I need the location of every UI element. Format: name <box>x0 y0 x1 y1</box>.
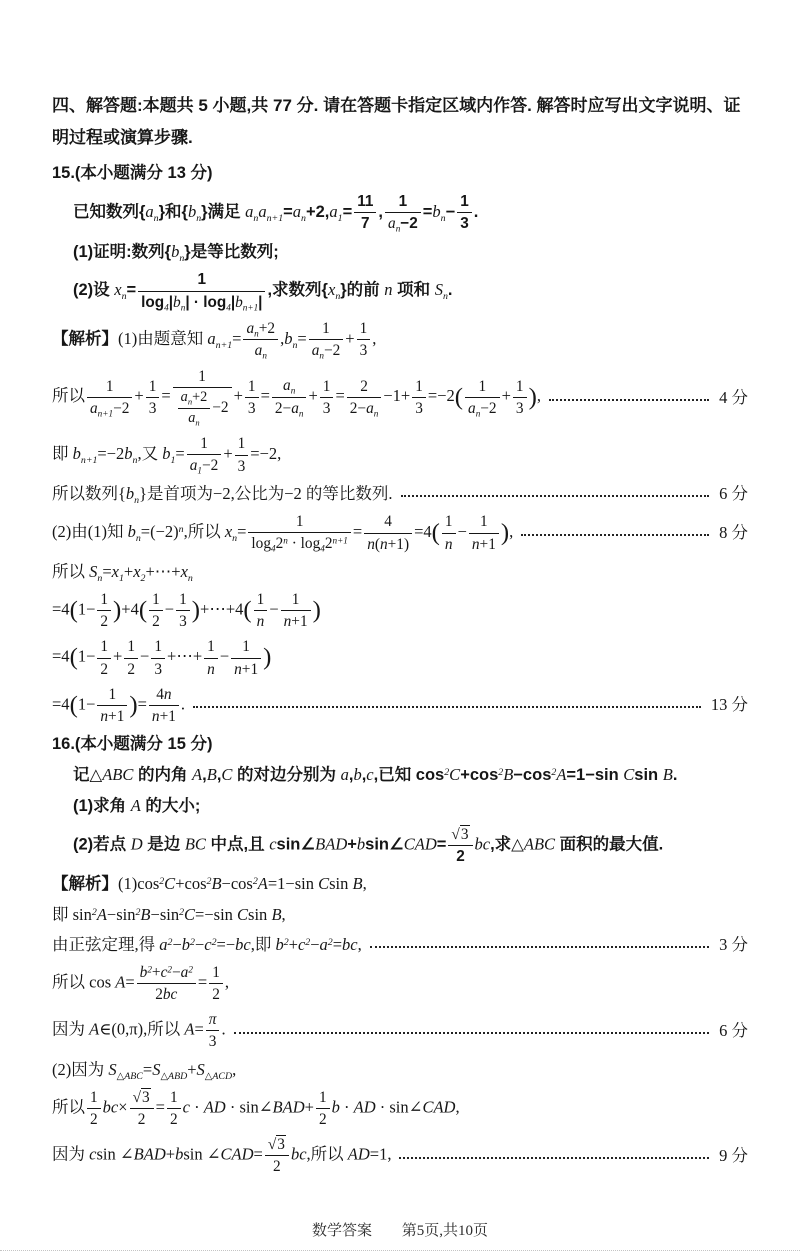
math-variable: b <box>353 765 361 784</box>
text-run: sin <box>634 766 662 784</box>
math-variable: a <box>207 329 215 348</box>
text-run: = <box>333 935 342 954</box>
text-run: 2− <box>350 400 366 417</box>
fraction-denominator: 2 <box>130 1109 154 1129</box>
text-run: log <box>141 294 164 311</box>
math-variable: n <box>234 661 242 678</box>
text-run: 3 <box>179 613 187 630</box>
text-run: ∈(0,π),所以 <box>99 1020 184 1039</box>
text-run: = <box>102 562 111 581</box>
text-run: = <box>297 329 306 348</box>
fraction-numerator: 1 <box>87 1088 101 1109</box>
math-variable: c <box>183 1097 190 1116</box>
math-variable: a <box>90 400 98 417</box>
fraction: 1a1−2 <box>187 434 222 476</box>
fraction-denominator: 3 <box>235 456 249 476</box>
text-run: 记△ <box>73 766 102 784</box>
subscript: n+1 <box>98 409 113 419</box>
math-variable: n <box>384 280 392 299</box>
fraction: 13 <box>412 377 426 418</box>
text-run: . <box>448 281 453 299</box>
math-variable: a <box>341 765 349 784</box>
math-expression: 即 sin2A−sin2B−sin2C=−sin Csin B, <box>52 903 286 927</box>
big-paren: ( <box>455 384 463 411</box>
text-run: = <box>125 972 134 991</box>
math-variable: π <box>209 1011 217 1028</box>
text-run: 是边 <box>143 835 185 853</box>
math-variable: b <box>432 201 440 220</box>
dotted-leader <box>401 495 710 497</box>
text-run: = <box>353 522 362 541</box>
text-run: 1 <box>296 513 304 530</box>
text-run: 1 <box>360 320 368 337</box>
text-run: (2)因为 <box>52 1060 108 1079</box>
page-content: 四、解答题:本题共 5 小题,共 77 分. 请在答题卡指定区域内作答. 解答时… <box>52 90 748 1193</box>
section-heading: 四、解答题:本题共 5 小题,共 77 分. 请在答题卡指定区域内作答. 解答时… <box>52 90 748 155</box>
text-run: 2 <box>100 661 108 678</box>
q16-part1: (1)求角 A 的大小; <box>73 794 748 819</box>
text-run: 1 <box>198 271 207 288</box>
math-variable: A <box>192 765 202 784</box>
text-run: 的大小; <box>141 797 201 815</box>
big-paren: ) <box>529 384 537 411</box>
text-run: 2 <box>273 1158 281 1175</box>
fraction-denominator: n+1 <box>149 706 179 726</box>
score-label: 6 分 <box>719 482 748 506</box>
text-run: ,所以 <box>307 1144 348 1163</box>
bold-text-run: 【解析】 <box>52 330 118 348</box>
sol15-line2: 所以1an+1−2+13=1an+2an−2+13=an2−an+13=22−a… <box>52 367 748 428</box>
fraction: 13 <box>146 377 160 418</box>
text-run: 1 <box>198 368 206 385</box>
fraction-denominator: 3 <box>457 213 472 233</box>
dotted-leader <box>193 706 701 708</box>
text-run: =4 <box>52 694 70 713</box>
text-run: −2 <box>400 215 417 232</box>
fraction-numerator: √3 <box>448 825 472 846</box>
math-variable: b <box>332 1097 340 1116</box>
text-run: 1 <box>170 1089 178 1106</box>
math-variable: a <box>366 400 374 417</box>
text-run: 1 <box>480 513 488 530</box>
fraction-numerator: 1 <box>138 270 265 291</box>
sol15-line7: =4(1−12)+4(12−13)+⋯+4(1n−1n+1) <box>52 590 748 631</box>
fraction-numerator: 1 <box>412 377 426 398</box>
fraction-numerator: 1 <box>146 377 160 398</box>
math-variable: b <box>182 935 190 954</box>
fraction-numerator: 1 <box>357 319 371 340</box>
fraction: 4nn+1 <box>149 685 179 726</box>
math-variable: b <box>275 935 283 954</box>
math-variable: D <box>131 834 143 853</box>
fraction-denominator: 2 <box>97 659 111 679</box>
text-run: 1 <box>207 638 215 655</box>
fraction-denominator: 2 <box>97 611 111 631</box>
math-variable: n <box>207 661 215 678</box>
math-variable: AD <box>348 1144 370 1163</box>
math-expression: =4(1−1n+1)=4nn+1. <box>52 685 185 726</box>
math-variable: n <box>100 708 108 725</box>
text-run: + <box>234 386 243 405</box>
math-variable: BAD <box>315 834 347 853</box>
fraction-numerator: 1 <box>465 377 500 398</box>
text-run: 1 <box>100 638 108 655</box>
fraction-denominator: 2 <box>448 846 472 866</box>
fraction: 12 <box>97 590 111 631</box>
text-run: 2− <box>275 400 291 417</box>
text-run: , <box>378 202 383 220</box>
math-expression: 已知数列{an}和{bn}满足 anan+1=an+2,a1=117,1an−2… <box>73 192 478 234</box>
text-run: +2 <box>259 320 275 337</box>
math-variable: b <box>73 444 81 463</box>
math-variable: A <box>131 796 141 815</box>
text-run: ,求数列{ <box>267 281 328 299</box>
text-run: , <box>363 874 367 893</box>
fraction: √32 <box>448 825 472 866</box>
sol15-line8: =4(1−12+12−13+⋯+1n−1n+1) <box>52 637 748 678</box>
sol16-line2: 即 sin2A−sin2B−sin2C=−sin Csin B, <box>52 903 748 927</box>
subscript: n <box>291 386 296 396</box>
fraction-denominator: 3 <box>146 398 160 418</box>
fraction-numerator: √3 <box>130 1088 154 1109</box>
score-label: 8 分 <box>719 521 748 545</box>
fraction-numerator: 1 <box>281 590 311 611</box>
text-run: +1 <box>480 536 496 553</box>
text-run: 1− <box>78 600 96 619</box>
fraction: 1n+1 <box>281 590 311 631</box>
text-run: . <box>474 202 479 220</box>
math-expression: =4(1−12)+4(12−13)+⋯+4(1n−1n+1) <box>52 590 321 631</box>
math-variable: n <box>164 686 172 703</box>
text-run: =−2 <box>97 444 124 463</box>
fraction-numerator: 1 <box>442 512 456 533</box>
text-run: · <box>190 1097 204 1116</box>
math-variable: B <box>271 905 281 924</box>
q16-header: 16.(本小题满分 15 分) <box>52 732 748 757</box>
fraction: an+2an <box>178 389 211 428</box>
text-run: (1)由题意知 <box>118 329 207 348</box>
math-expression: (2)由(1)知 bn=(−2)n,所以 xn=1log42n · log42n… <box>52 512 513 554</box>
math-expression: 所以数列{bn}是首项为−2,公比为−2 的等比数列. <box>52 482 393 506</box>
text-run: −2 <box>480 400 496 417</box>
fraction-denominator: n+1 <box>97 706 127 726</box>
text-run: ,即 <box>251 935 276 954</box>
text-run: 1 <box>460 193 469 210</box>
q15-part1: (1)证明:数列{bn}是等比数列; <box>73 240 748 265</box>
sqrt-radicand: 3 <box>276 1135 286 1153</box>
fraction-numerator: 1 <box>187 434 222 455</box>
text-run: −sin <box>107 905 136 924</box>
text-run: 2 <box>152 613 160 630</box>
math-expression: 即 bn+1=−2bn,又 b1=1a1−2+13=−2, <box>52 434 281 476</box>
text-run: =4 <box>414 522 432 541</box>
text-run: − <box>140 647 149 666</box>
text-run: 的内角 <box>133 766 192 784</box>
text-run: + <box>187 1060 196 1079</box>
fraction-numerator: 11 <box>354 192 376 213</box>
text-run: 即 sin <box>52 905 92 924</box>
math-variable: a <box>320 935 328 954</box>
fraction: 13 <box>245 377 259 418</box>
dotted-leader <box>234 1032 710 1034</box>
math-variable: CAD <box>221 1144 254 1163</box>
text-run: − <box>220 647 229 666</box>
fraction-denominator: an+2an−2 <box>173 388 232 428</box>
text-run: −cos <box>513 766 551 784</box>
text-run: 2 <box>138 1111 146 1128</box>
text-run: 中点,且 <box>206 835 269 853</box>
fraction: 12 <box>149 590 163 631</box>
math-variable: c <box>366 765 373 784</box>
dotted-leader <box>370 946 709 948</box>
fraction-denominator: 2−an <box>272 398 307 419</box>
fraction-denominator: 2 <box>316 1109 330 1129</box>
fraction-denominator: log4|bn| · log4|bn+1| <box>138 292 265 313</box>
text-run: 2 <box>325 535 333 552</box>
text-run: 即 <box>52 444 73 463</box>
math-variable: b <box>126 484 134 503</box>
text-run: 3 <box>238 458 246 475</box>
score-label: 6 分 <box>719 1019 748 1043</box>
text-run: 3 <box>209 1033 217 1050</box>
fraction-denominator: n+1 <box>469 534 499 554</box>
text-run: 2 <box>170 1111 178 1128</box>
text-run: = <box>437 835 447 853</box>
fraction-numerator: 1 <box>149 590 163 611</box>
text-run: sin ∠ <box>183 1144 220 1163</box>
text-run: = <box>254 1144 263 1163</box>
text-run: = <box>138 694 147 713</box>
math-variable: CAD <box>422 1097 455 1116</box>
text-run: 1− <box>78 647 96 666</box>
text-run: 16.(本小题满分 15 分) <box>52 735 212 753</box>
text-run: = <box>423 202 433 220</box>
fraction-numerator: 1 <box>316 1088 330 1109</box>
text-run: =−2 <box>428 386 455 405</box>
math-expression: =4(1−12+12−13+⋯+1n−1n+1) <box>52 637 271 678</box>
score-label: 3 分 <box>719 933 748 957</box>
math-variable: BC <box>185 834 206 853</box>
text-run: +⋯+ <box>145 562 180 581</box>
text-run: 3 <box>460 215 469 232</box>
fraction-numerator: an+2 <box>243 319 278 341</box>
text-run: 因为 <box>52 1144 89 1163</box>
text-run: 1 <box>319 1089 327 1106</box>
fraction: 1log42n · log42n+1 <box>248 512 350 554</box>
text-run: 2 <box>360 378 368 395</box>
subscript: △ABC <box>117 1071 143 1082</box>
text-run: + <box>113 647 122 666</box>
text-run: 1 <box>415 378 423 395</box>
math-variable: B <box>353 874 363 893</box>
math-variable: A <box>184 1020 194 1039</box>
fraction-denominator: n+1 <box>231 659 261 679</box>
text-run: = <box>283 202 293 220</box>
text-run: (2)若点 <box>73 835 131 853</box>
fraction: 1n+1 <box>231 637 261 678</box>
text-run: =− <box>217 935 236 954</box>
text-run: | <box>258 294 262 311</box>
subscript: n+1 <box>81 455 98 466</box>
text-run: , <box>358 935 362 954</box>
math-variable: S <box>108 1060 116 1079</box>
math-expression: (2)若点 D 是边 BC 中点,且 csin∠BAD+bsin∠CAD=√32… <box>73 825 663 866</box>
sol16-line5: 因为 A∈(0,π),所以 A=π3.6 分 <box>52 1010 748 1051</box>
math-expression: 16.(本小题满分 15 分) <box>52 732 212 757</box>
text-run: (1)cos <box>118 874 159 893</box>
fraction: 13 <box>513 377 527 418</box>
text-run: −2 <box>212 399 228 416</box>
fraction: 1an−2 <box>385 192 421 234</box>
fraction-denominator: n <box>254 611 268 631</box>
fraction-numerator: 1 <box>176 590 190 611</box>
text-run: +cos <box>175 874 206 893</box>
text-run: 1 <box>516 378 524 395</box>
text-run: }和{ <box>159 202 188 220</box>
text-run: 1 <box>179 591 187 608</box>
fraction: 1an−2 <box>309 319 344 361</box>
math-variable: n <box>367 536 375 553</box>
sol16-line7: 所以12bc×√32=12c · AD · sin∠BAD+12b · AD ·… <box>52 1088 748 1129</box>
big-paren: ) <box>263 644 271 671</box>
text-run: 1 <box>399 193 408 210</box>
fraction: 12 <box>87 1088 101 1129</box>
text-run: − <box>446 202 456 220</box>
text-run: = <box>127 281 137 299</box>
text-run: 2 <box>90 1111 98 1128</box>
text-run: log <box>251 535 271 552</box>
text-run: 2 <box>319 1111 327 1128</box>
text-run: | · log <box>185 294 226 311</box>
sol16-line1: 【解析】(1)cos2C+cos2B−cos2A=1−sin Csin B, <box>52 872 748 897</box>
text-run: · log <box>288 535 320 552</box>
text-run: +2 <box>192 389 207 405</box>
fraction-numerator: 1 <box>245 377 259 398</box>
text-run: 1 <box>292 591 300 608</box>
math-expression: (1)求角 A 的大小; <box>73 794 200 819</box>
math-variable: a <box>293 201 301 220</box>
fraction-denominator: n(n+1) <box>364 534 412 554</box>
math-variable: b <box>128 522 136 541</box>
text-run: + <box>223 444 232 463</box>
text-run: 1 <box>242 638 250 655</box>
math-variable: a <box>159 935 167 954</box>
big-paren: ( <box>70 644 78 671</box>
text-run: + <box>308 386 317 405</box>
math-variable: C <box>221 765 232 784</box>
text-run: = <box>198 972 207 991</box>
text-run: 15.(本小题满分 13 分) <box>52 164 212 182</box>
fraction-denominator: 2 <box>124 659 138 679</box>
math-variable: n <box>152 708 160 725</box>
math-variable: C <box>237 905 248 924</box>
text-run: 2 <box>456 848 465 865</box>
sol15-line4: 所以数列{bn}是首项为−2,公比为−2 的等比数列.6 分 <box>52 482 748 506</box>
text-run: + <box>502 386 511 405</box>
text-run: · sin∠ <box>226 1097 273 1116</box>
fraction-numerator: 2 <box>347 377 382 398</box>
text-run: , <box>509 522 513 541</box>
text-run: = <box>237 522 246 541</box>
text-run: −1+ <box>383 386 410 405</box>
subscript: n <box>374 409 379 419</box>
text-run: }是首项为−2,公比为−2 的等比数列. <box>139 484 392 503</box>
subscript: n <box>188 573 193 584</box>
fraction-denominator: 2bc <box>137 984 196 1004</box>
sol16-line3: 由正弦定理,得 a2−b2−c2=−bc,即 b2+c2−a2=bc,3 分 <box>52 933 748 957</box>
subscript: n+1 <box>267 212 284 223</box>
fraction-numerator: 1 <box>248 512 350 533</box>
text-run: }是等比数列; <box>184 243 278 261</box>
text-run: + <box>152 964 161 981</box>
fraction: 1an−2 <box>465 377 500 419</box>
text-run: 7 <box>361 215 370 232</box>
footer-page-number: 第5页,共10页 <box>402 1223 488 1239</box>
fraction: 12 <box>316 1088 330 1129</box>
math-variable: A <box>258 874 268 893</box>
text-run: . <box>673 766 678 784</box>
subscript: n+1 <box>243 302 258 312</box>
text-run: −cos <box>222 874 253 893</box>
text-run: + <box>166 1144 175 1163</box>
text-run: , <box>282 905 286 924</box>
math-variable: bc <box>163 986 177 1003</box>
text-run: + <box>345 329 354 348</box>
text-run: +1) <box>388 536 409 553</box>
fraction-numerator: 1 <box>97 637 111 658</box>
text-run: 4 <box>156 686 164 703</box>
text-run: sin∠ <box>365 835 404 853</box>
math-variable: bc <box>103 1097 119 1116</box>
fraction-denominator: an−2 <box>385 213 421 234</box>
text-run: − <box>195 935 204 954</box>
fraction-numerator: 1 <box>97 590 111 611</box>
subscript: △ACD <box>205 1071 232 1082</box>
fraction-numerator: 1 <box>235 434 249 455</box>
text-run: = <box>343 202 353 220</box>
text-run: −2 <box>324 342 340 359</box>
math-variable: B <box>207 765 217 784</box>
math-expression: 因为 A∈(0,π),所以 A=π3. <box>52 1010 226 1051</box>
math-expression: 所以 cos A=b2+c2−a22bc=12, <box>52 963 229 1004</box>
sol15-line5: (2)由(1)知 bn=(−2)n,所以 xn=1log42n · log42n… <box>52 512 748 554</box>
text-run: −sin <box>151 905 180 924</box>
math-variable: n <box>380 536 388 553</box>
math-expression: (1)证明:数列{bn}是等比数列; <box>73 240 279 265</box>
math-variable: A <box>97 905 107 924</box>
text-run: · sin∠ <box>376 1097 423 1116</box>
fraction: π3 <box>206 1010 220 1051</box>
math-expression: (2)因为 S△ABC=S△ABD+S△ACD, <box>52 1058 236 1082</box>
big-paren: ) <box>313 597 321 624</box>
math-expression: 因为 csin ∠BAD+bsin ∠CAD=√32bc,所以 AD=1, <box>52 1135 391 1176</box>
dotted-leader <box>521 534 709 536</box>
text-run: = <box>143 1060 152 1079</box>
text-run: 11 <box>357 193 373 210</box>
fraction-numerator: 1 <box>204 637 218 658</box>
math-variable: A <box>89 1020 99 1039</box>
sqrt-expression: √3 <box>268 1135 286 1153</box>
math-expression: 所以1an+1−2+13=1an+2an−2+13=an2−an+13=22−a… <box>52 367 541 428</box>
big-paren: ( <box>243 597 251 624</box>
math-expression: 记△ABC 的内角 A,B,C 的对边分别为 a,b,c,已知 cos2C+co… <box>73 763 677 788</box>
math-variable: x <box>181 562 188 581</box>
text-run: (2)由(1)知 <box>52 522 128 541</box>
fraction-numerator: 1 <box>320 377 334 398</box>
text-run: =−2, <box>250 444 281 463</box>
text-run: = <box>232 329 241 348</box>
math-variable: S <box>197 1060 205 1079</box>
